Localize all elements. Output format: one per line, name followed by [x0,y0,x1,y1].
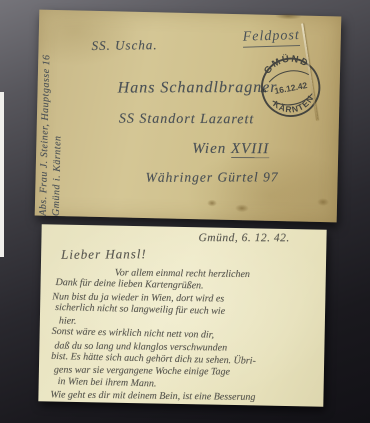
recipient-name: Hans Schandlbragner [118,79,278,98]
district-numeral: XVIII [231,141,269,158]
paper-stain [235,204,249,212]
postmark-date: 16.12.42 [274,80,309,96]
letter-card: Gmünd, 6. 12. 42. Lieber Hansl! Vor alle… [38,224,326,406]
postmark-top-text: GMÜND [260,50,312,78]
letter-salutation: Lieber Hansl! [61,246,147,263]
envelope: Abs. Frau J. Steiner, Hauptgasse 16 Gmün… [35,10,342,223]
recipient-unit: SS Standort Lazarett [119,112,254,129]
city-label: Wien [192,141,226,157]
postmark-stamp: GMÜND KÄRNTEN 16.12.42 9 [251,48,330,127]
recipient-street: Währinger Gürtel 97 [146,169,279,185]
sender-address: Abs. Frau J. Steiner, Hauptgasse 16 Gmün… [37,18,82,219]
rank-note: SS. Uscha. [91,37,157,54]
svg-text:GMÜND: GMÜND [260,50,312,78]
photo-edge-strip [0,92,4,257]
paper-stain [207,199,217,206]
paper-stain [275,13,301,20]
photo-stage: Abs. Frau J. Steiner, Hauptgasse 16 Gmün… [0,0,370,423]
letter-dateline: Gmünd, 6. 12. 42. [198,232,289,244]
feldpost-label: Feldpost [243,28,301,48]
letter-line: Wie geht es dir mit deinem Bein, ist ein… [50,389,316,405]
paper-stain [317,198,329,206]
recipient-city: Wien XVIII [192,141,269,158]
postmark-side-mark: 9 [259,89,268,93]
letter-body: Vor allem einmal recht herzlichen Dank f… [48,265,319,405]
